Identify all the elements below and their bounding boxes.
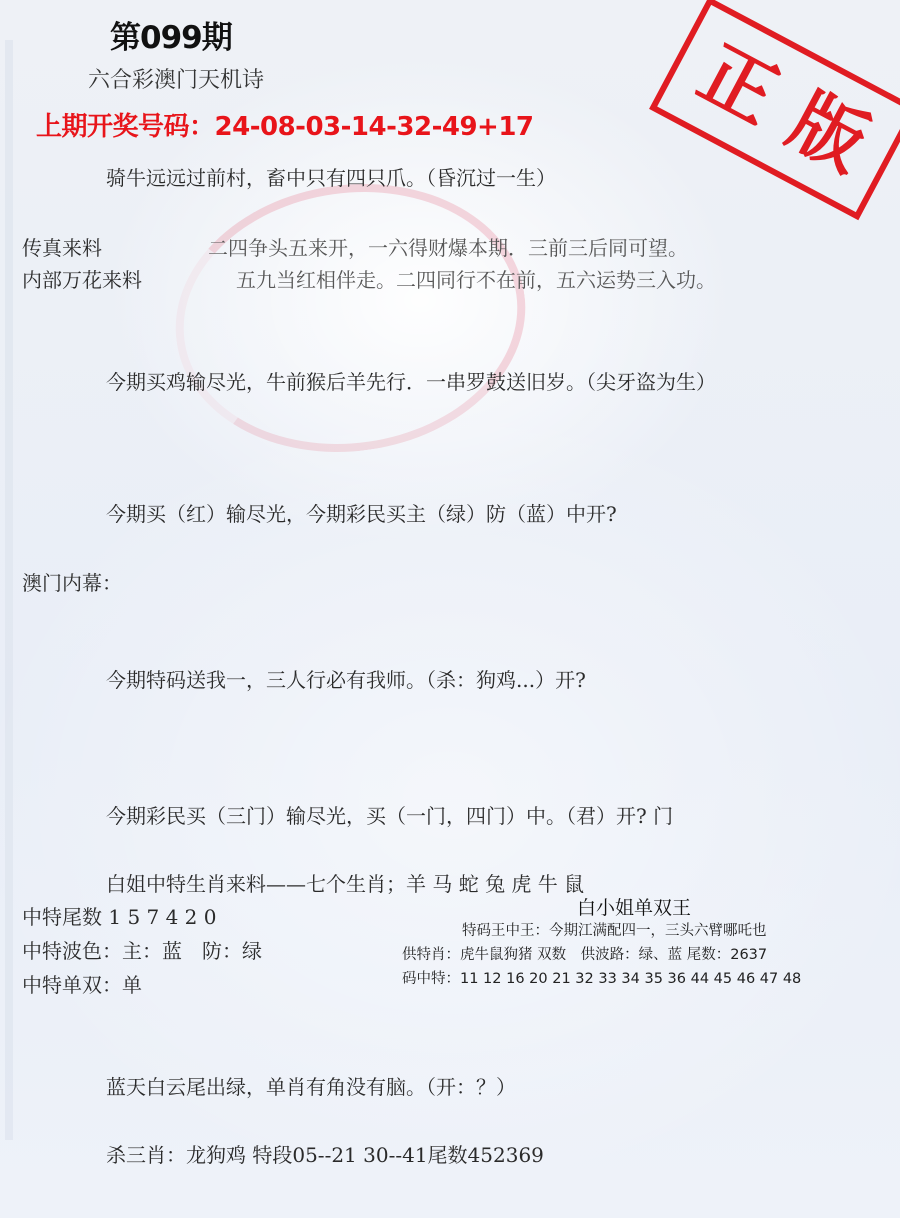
tail-numbers: 中特尾数 1 5 7 4 2 0 [22, 901, 217, 930]
source-text-fax: 二四争头五来开，一六得财爆本期．三前三后同可望。 [208, 232, 688, 261]
stamp-char-1: 正 [688, 35, 788, 135]
previous-result-numbers: 24-08-03-14-32-49+17 [215, 112, 534, 142]
source-label-internal: 内部万花来料 [22, 264, 142, 293]
stamp-char-2: 版 [778, 82, 878, 182]
odd-even: 中特单双：单 [22, 969, 142, 998]
box-line-2: 供特肖：虎牛鼠狗猪 双数 供波路：绿、蓝 尾数：2637 [402, 943, 767, 964]
previous-result-label: 上期开奖号码： [36, 112, 215, 142]
footer-line-1: 蓝天白云尾出绿，单肖有角没有脑。（开：？） [106, 1071, 516, 1100]
box-line-3: 码中特：11 12 16 20 21 32 33 34 35 36 44 45 … [402, 967, 801, 988]
riddle-line-4: 今期彩民买（三门）输尽光，买（一门，四门）中。（君）开? 门 [106, 800, 673, 829]
issue-number: 第099期 [110, 12, 232, 57]
wave-color: 中特波色：主：蓝 防：绿 [22, 935, 262, 964]
scan-edge [5, 40, 13, 1140]
riddle-line-3: 今期特码送我一，三人行必有我师。（杀：狗鸡...）开? [106, 664, 586, 693]
box-line-1: 特码王中王：今期江满配四一，三头六臂哪吒也 [462, 919, 767, 940]
riddle-line-2: 今期买（红）输尽光，今期彩民买主（绿）防（蓝）中开? [106, 498, 617, 527]
box-title: 白小姐单双王 [577, 893, 691, 920]
riddle-line-1: 今期买鸡输尽光，牛前猴后羊先行．一串罗鼓送旧岁。（尖牙盗为生） [106, 366, 716, 395]
source-label-fax: 传真来料 [22, 232, 102, 261]
page-subtitle: 六合彩澳门天机诗 [88, 63, 264, 94]
footer-line-2: 杀三肖：龙狗鸡 特段05--21 30--41尾数452369 [106, 1139, 544, 1168]
previous-result: 上期开奖号码：24-08-03-14-32-49+17 [36, 106, 534, 143]
poem-line: 骑牛远远过前村，畜中只有四只爪。（昏沉过一生） [106, 162, 556, 191]
source-text-internal: 五九当红相伴走。二四同行不在前，五六运势三入功。 [236, 264, 716, 293]
zodiac-line: 白姐中特生肖来料——七个生肖；羊 马 蛇 兔 虎 牛 鼠 [106, 868, 584, 897]
section-label-macau: 澳门内幕： [22, 567, 122, 596]
